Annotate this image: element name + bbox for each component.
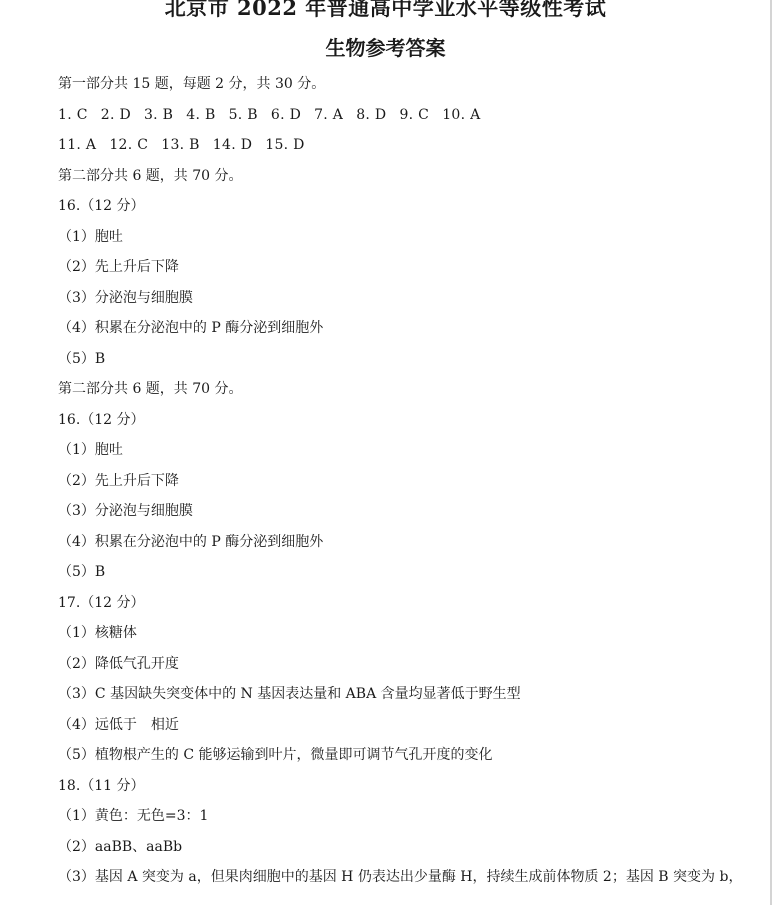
part1-heading: 第一部分共 15 题，每题 2 分，共 30 分。 [58, 73, 758, 104]
q17-answer-5: （5）植物根产生的 C 能够运输到叶片，微量即可调节气孔开度的变化 [58, 744, 758, 775]
question-17-label: 17.（12 分） [58, 592, 758, 623]
q16-answer-4-repeat: （4）积累在分泌泡中的 P 酶分泌到细胞外 [58, 531, 758, 562]
q16-answer-3-repeat: （3）分泌泡与细胞膜 [58, 500, 758, 531]
answer-item: 3. B [144, 104, 173, 126]
answer-item: 10. A [442, 104, 480, 126]
answer-item: 12. C [109, 134, 148, 156]
q18-answer-3: （3）基因 A 突变为 a，但果肉细胞中的基因 H 仍表达出少量酶 H，持续生成… [58, 866, 758, 897]
q16-answer-1: （1）胞吐 [58, 226, 758, 257]
answer-item: 4. B [186, 104, 215, 126]
document-title: 北京市 2022 年普通高中学业水平等级性考试 [0, 0, 771, 22]
document-subtitle: 生物参考答案 [0, 34, 771, 62]
q17-answer-3: （3）C 基因缺失突变体中的 N 基因表达量和 ABA 含量均显著低于野生型 [58, 683, 758, 714]
question-18-label: 18.（11 分） [58, 775, 758, 806]
document-page: 北京市 2022 年普通高中学业水平等级性考试 生物参考答案 第一部分共 15 … [0, 0, 771, 905]
answer-item: 7. A [314, 104, 343, 126]
answer-item: 14. D [213, 134, 252, 156]
q16-answer-2-repeat: （2）先上升后下降 [58, 470, 758, 501]
answer-item: 6. D [271, 104, 301, 126]
answer-item: 8. D [356, 104, 386, 126]
answer-item: 13. B [161, 134, 200, 156]
q18-answer-1: （1）黄色：无色=3：1 [58, 805, 758, 836]
part2-heading: 第二部分共 6 题，共 70 分。 [58, 165, 758, 196]
q16-answer-1-repeat: （1）胞吐 [58, 439, 758, 470]
q17-answer-4: （4）远低于 相近 [58, 714, 758, 745]
answer-item: 2. D [101, 104, 131, 126]
answer-item: 11. A [58, 134, 96, 156]
answer-item: 9. C [399, 104, 429, 126]
part1-answers-row1: 1. C2. D3. B4. B5. B6. D7. A8. D9. C10. … [58, 104, 758, 135]
answer-content: 第一部分共 15 题，每题 2 分，共 30 分。 1. C2. D3. B4.… [58, 73, 758, 897]
q16-answer-5-repeat: （5）B [58, 561, 758, 592]
part1-answers-row2: 11. A12. C13. B14. D15. D [58, 134, 758, 165]
q17-answer-2: （2）降低气孔开度 [58, 653, 758, 684]
part2-heading-repeat: 第二部分共 6 题，共 70 分。 [58, 378, 758, 409]
answer-item: 5. B [229, 104, 258, 126]
answer-item: 15. D [265, 134, 304, 156]
q17-answer-1: （1）核糖体 [58, 622, 758, 653]
q16-answer-2: （2）先上升后下降 [58, 256, 758, 287]
q18-answer-2: （2）aaBB、aaBb [58, 836, 758, 867]
question-16-label-repeat: 16.（12 分） [58, 409, 758, 440]
question-16-label: 16.（12 分） [58, 195, 758, 226]
q16-answer-5: （5）B [58, 348, 758, 379]
answer-item: 1. C [58, 104, 88, 126]
q16-answer-4: （4）积累在分泌泡中的 P 酶分泌到细胞外 [58, 317, 758, 348]
q16-answer-3: （3）分泌泡与细胞膜 [58, 287, 758, 318]
